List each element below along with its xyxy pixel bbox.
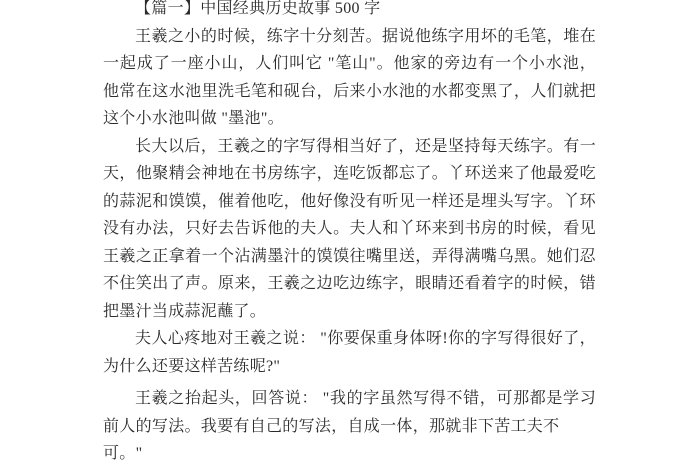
text-line: 的蒜泥和馍馍，催着他吃，他好像没有听见一样还是埋头写字。丫环 (103, 188, 596, 216)
text-line: 把墨汁当成蒜泥蘸了。 (103, 298, 596, 326)
text-line: 不住笑出了声。原来，王羲之边吃边练字，眼睛还看着字的时候，错 (103, 270, 596, 298)
text-line: 夫人心疼地对王羲之说： "你要保重身体呀!你的字写得很好了， (103, 325, 596, 353)
document-page: 【篇一】中国经典历史故事 500 字 王羲之小的时候，练字十分刻苦。据说他练字用… (0, 0, 700, 465)
text-line: 没有办法，只好去告诉他的夫人。夫人和丫环来到书房的时候，看见 (103, 215, 596, 243)
text-line: 这个小水池叫做 "墨池"。 (103, 105, 596, 133)
text-line: 王羲之正拿着一个沾满墨汁的馍馍往嘴里送，弄得满嘴乌黑。她们忍 (103, 243, 596, 271)
paragraph-3: 夫人心疼地对王羲之说： "你要保重身体呀!你的字写得很好了， 为什么还要这样苦练… (103, 325, 596, 380)
document-title: 【篇一】中国经典历史故事 500 字 (103, 0, 596, 23)
paragraph-2: 长大以后，王羲之的字写得相当好了，还是坚持每天练字。有一 天，他聚精会神地在书房… (103, 133, 596, 326)
text-line: 前人的写法。我要有自己的写法，自成一体，那就非下苦工夫不可。" (103, 413, 596, 466)
paragraph-1: 王羲之小的时候，练字十分刻苦。据说他练字用坏的毛笔，堆在 一起成了一座小山，人们… (103, 23, 596, 133)
paragraph-4: 王羲之抬起头，回答说： "我的字虽然写得不错，可那都是学习 前人的写法。我要有自… (103, 385, 596, 465)
text-line: 为什么还要这样苦练呢?" (103, 353, 596, 381)
text-line: 王羲之抬起头，回答说： "我的字虽然写得不错，可那都是学习 (103, 385, 596, 413)
text-line: 一起成了一座小山，人们叫它 "笔山"。他家的旁边有一个小水池， (103, 50, 596, 78)
text-line: 他常在这水池里洗毛笔和砚台，后来小水池的水都变黑了，人们就把 (103, 78, 596, 106)
text-line: 天，他聚精会神地在书房练字，连吃饭都忘了。丫环送来了他最爱吃 (103, 160, 596, 188)
text-line: 长大以后，王羲之的字写得相当好了，还是坚持每天练字。有一 (103, 133, 596, 161)
text-line: 王羲之小的时候，练字十分刻苦。据说他练字用坏的毛笔，堆在 (103, 23, 596, 51)
